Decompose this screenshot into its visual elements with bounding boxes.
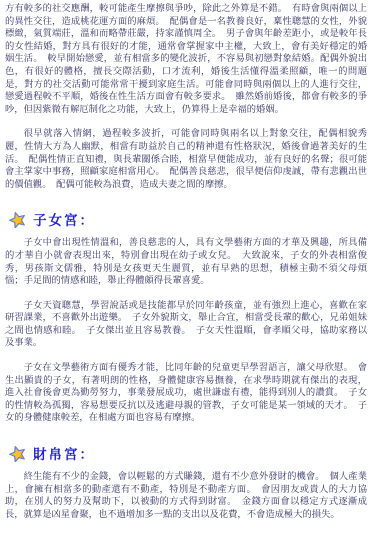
section-header: 財帛宮： — [9, 443, 367, 463]
fortune-report-page: 方有較多的社交應酬，較可能產生摩擦與爭吵，除此之外算是不錯。 有時會與兩個以上的… — [0, 0, 372, 550]
section-title-children-palace: 子女宮： — [33, 209, 95, 229]
section-wealth-palace: 財帛宮： 終生能有不少的金錢，會以輕鬆的方式賺錢，還有不少意外發財的機會。 個人… — [5, 443, 367, 521]
star-icon — [9, 211, 26, 228]
star-icon — [9, 445, 26, 462]
paragraph: 終生能有不少的金錢，會以輕鬆的方式賺錢，還有不少意外發財的機會。 個人產業上，會… — [5, 471, 367, 521]
section-children-palace: 子女宮： 子女中會出現性情溫和，善良慈悲的人，具有文學藝術方面的才華及興趣，所具… — [5, 209, 367, 425]
intro-paragraph-continuation: 方有較多的社交應酬，較可能產生摩擦與爭吵，除此之外算是不錯。 有時會與兩個以上的… — [5, 3, 367, 116]
paragraph: 子女中會出現性情溫和，善良慈悲的人，具有文學藝術方面的才華及興趣，所具備的才華自… — [5, 237, 367, 287]
paragraph: 子女在文學藝術方面有優秀才能，比同年齡的兒童更早學習語言，讓父母欣慰。 會生出顯… — [5, 362, 367, 425]
intro-paragraph: 很早就落入情網，過程較多波折，可能會同時與兩名以上對象交往，配偶相貌秀麗，性情大… — [5, 128, 367, 191]
section-title-wealth-palace: 財帛宮： — [33, 443, 95, 463]
section-header: 子女宮： — [9, 209, 367, 229]
paragraph: 子女天資聰慧，學習說話或是技能都早於同年齡孩童，並有強烈上進心，喜歡在家研習課業… — [5, 300, 367, 350]
